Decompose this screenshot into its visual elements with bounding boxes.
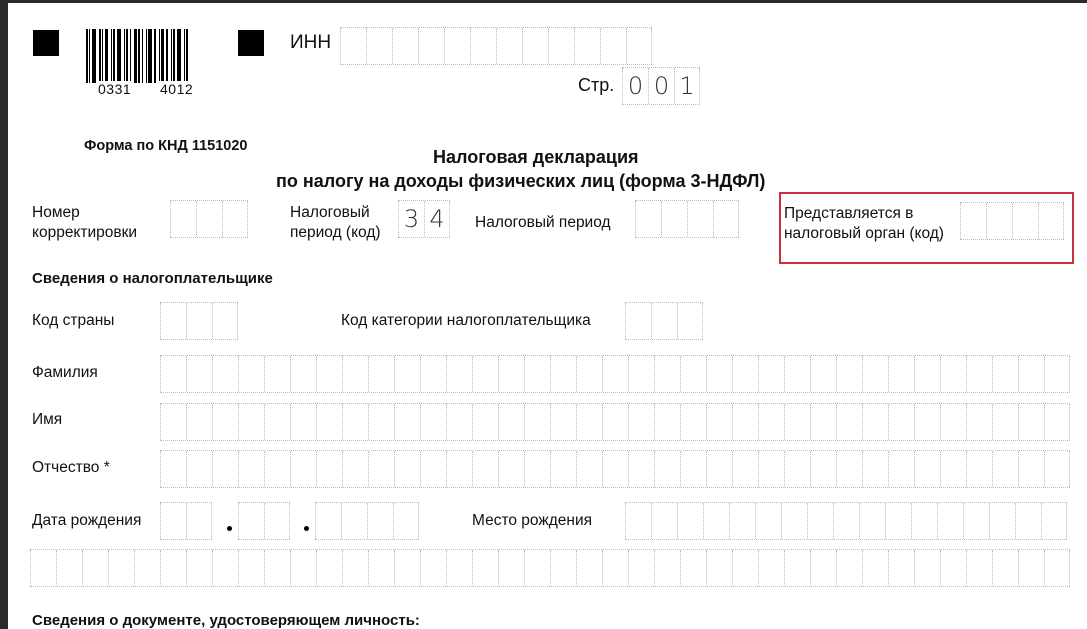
input-cell[interactable] (472, 451, 498, 487)
input-cell[interactable] (706, 451, 732, 487)
input-cell[interactable] (238, 404, 264, 440)
input-cell[interactable] (368, 550, 394, 586)
input-cell[interactable] (680, 356, 706, 392)
input-cell[interactable] (758, 356, 784, 392)
input-cell[interactable] (368, 451, 394, 487)
input-cell[interactable] (654, 356, 680, 392)
input-cell[interactable]: 4 (424, 201, 450, 237)
barcode-bar (102, 29, 103, 83)
input-cell[interactable] (992, 550, 1018, 586)
form-page: 0331 4012 ИНН Стр. 001 Форма по КНД 1151… (8, 3, 1087, 629)
input-cell[interactable]: 1 (674, 68, 700, 104)
input-cell[interactable] (810, 550, 836, 586)
barcode-bar (166, 29, 168, 83)
input-cell[interactable] (836, 451, 862, 487)
input-cell[interactable] (914, 404, 940, 440)
input-cell[interactable] (394, 404, 420, 440)
barcode-bar (184, 29, 185, 83)
input-cell[interactable] (687, 201, 713, 237)
input-cell[interactable] (940, 451, 966, 487)
input-cell[interactable] (1012, 203, 1038, 239)
input-cell[interactable] (290, 356, 316, 392)
input-cell[interactable] (264, 550, 290, 586)
input-cell[interactable] (196, 201, 222, 237)
input-cell[interactable] (393, 503, 419, 539)
input-cell[interactable] (914, 356, 940, 392)
barcode-bar (117, 29, 121, 83)
input-cell[interactable] (550, 550, 576, 586)
input-cell[interactable] (755, 503, 781, 539)
date-separator-dot (304, 526, 309, 531)
input-cell[interactable] (186, 451, 212, 487)
input-cell[interactable] (966, 550, 992, 586)
input-cell[interactable] (888, 550, 914, 586)
input-cell[interactable] (888, 404, 914, 440)
input-cell[interactable] (758, 550, 784, 586)
input-cell[interactable] (625, 303, 651, 339)
correction-number-input[interactable] (170, 200, 248, 238)
input-cell[interactable] (160, 451, 186, 487)
input-cell[interactable] (729, 503, 755, 539)
barcode-bar (186, 29, 188, 83)
surname-input[interactable] (160, 355, 1070, 393)
input-cell[interactable] (989, 503, 1015, 539)
input-cell[interactable] (472, 356, 498, 392)
input-cell[interactable] (548, 28, 574, 64)
date-separator-dot (227, 526, 232, 531)
input-cell[interactable] (316, 550, 342, 586)
input-cell[interactable] (1044, 356, 1070, 392)
input-cell[interactable] (186, 303, 212, 339)
input-cell[interactable] (160, 356, 186, 392)
barcode-bar (134, 29, 137, 83)
input-cell[interactable] (238, 503, 264, 539)
input-cell[interactable] (420, 356, 446, 392)
patronymic-input[interactable] (160, 450, 1070, 488)
input-cell[interactable] (170, 201, 196, 237)
input-cell[interactable] (862, 404, 888, 440)
barcode-bar (142, 29, 143, 83)
input-cell[interactable] (654, 550, 680, 586)
input-cell[interactable] (1044, 550, 1070, 586)
input-cell[interactable] (212, 303, 238, 339)
birth-place-input-line2[interactable] (30, 549, 1070, 587)
input-cell[interactable] (602, 404, 628, 440)
input-cell[interactable] (82, 550, 108, 586)
input-cell[interactable] (602, 356, 628, 392)
input-cell[interactable] (368, 356, 394, 392)
input-cell[interactable] (680, 550, 706, 586)
input-cell[interactable] (524, 356, 550, 392)
correction-number-label-2: корректировки (32, 223, 137, 243)
birth-date-label: Дата рождения (32, 511, 141, 531)
category-code-label: Код категории налогоплательщика (341, 311, 591, 331)
input-cell[interactable] (368, 404, 394, 440)
input-cell[interactable] (290, 404, 316, 440)
input-cell[interactable] (1018, 451, 1044, 487)
input-cell[interactable] (186, 404, 212, 440)
input-cell[interactable] (911, 503, 937, 539)
input-cell[interactable] (732, 356, 758, 392)
input-cell[interactable] (498, 356, 524, 392)
input-cell[interactable] (628, 451, 654, 487)
input-cell[interactable] (444, 28, 470, 64)
input-cell[interactable] (1018, 404, 1044, 440)
inn-input[interactable] (340, 27, 652, 65)
input-cell[interactable] (576, 550, 602, 586)
input-cell[interactable] (524, 404, 550, 440)
input-cell[interactable] (654, 404, 680, 440)
input-cell[interactable] (420, 550, 446, 586)
birth-month-input[interactable] (238, 502, 290, 540)
input-cell[interactable] (472, 404, 498, 440)
input-cell[interactable] (1044, 451, 1070, 487)
input-cell[interactable] (966, 404, 992, 440)
input-cell[interactable] (888, 451, 914, 487)
input-cell[interactable] (732, 404, 758, 440)
input-cell[interactable] (470, 28, 496, 64)
input-cell[interactable] (966, 451, 992, 487)
input-cell[interactable] (784, 550, 810, 586)
input-cell[interactable] (394, 550, 420, 586)
input-cell[interactable] (420, 451, 446, 487)
input-cell[interactable]: 3 (398, 201, 424, 237)
input-cell[interactable]: 0 (622, 68, 648, 104)
input-cell[interactable] (1038, 203, 1064, 239)
input-cell[interactable] (859, 503, 885, 539)
barcode-bar (138, 29, 140, 83)
tax-authority-label-1: Представляется в (784, 204, 913, 224)
barcode-bar (173, 29, 175, 83)
input-cell[interactable] (836, 356, 862, 392)
input-cell[interactable] (680, 404, 706, 440)
input-cell[interactable] (446, 404, 472, 440)
patronymic-label: Отчество * (32, 458, 110, 478)
input-cell[interactable] (576, 356, 602, 392)
category-code-input[interactable] (625, 302, 703, 340)
marker-square-left (33, 30, 59, 56)
input-cell[interactable] (836, 550, 862, 586)
input-cell[interactable] (625, 503, 651, 539)
input-cell[interactable] (524, 550, 550, 586)
input-cell[interactable] (836, 404, 862, 440)
input-cell[interactable] (635, 201, 661, 237)
name-input[interactable] (160, 403, 1070, 441)
input-cell[interactable] (1015, 503, 1041, 539)
input-cell[interactable] (446, 356, 472, 392)
tax-period-code-input[interactable]: 34 (398, 200, 450, 238)
input-cell[interactable] (960, 203, 986, 239)
input-cell[interactable]: 0 (648, 68, 674, 104)
barcode-bar (171, 29, 172, 83)
input-cell[interactable] (810, 451, 836, 487)
input-cell[interactable] (160, 503, 186, 539)
country-code-label: Код страны (32, 311, 114, 331)
input-cell[interactable] (862, 451, 888, 487)
input-cell[interactable] (677, 503, 703, 539)
input-cell[interactable] (781, 503, 807, 539)
input-cell[interactable] (654, 451, 680, 487)
input-cell[interactable] (496, 28, 522, 64)
input-cell[interactable] (703, 503, 729, 539)
input-cell[interactable] (340, 28, 366, 64)
input-cell[interactable] (992, 404, 1018, 440)
input-cell[interactable] (524, 451, 550, 487)
input-cell[interactable] (810, 356, 836, 392)
input-cell[interactable] (472, 550, 498, 586)
barcode-bar (177, 29, 181, 83)
input-cell[interactable] (315, 503, 341, 539)
input-cell[interactable] (394, 356, 420, 392)
input-cell[interactable] (420, 404, 446, 440)
barcode-bar (89, 29, 90, 83)
input-cell[interactable] (418, 28, 444, 64)
input-cell[interactable] (498, 404, 524, 440)
barcode-bar (159, 29, 160, 83)
tax-authority-label-2: налоговый орган (код) (784, 224, 944, 244)
country-code-input[interactable] (160, 302, 238, 340)
input-cell[interactable] (316, 451, 342, 487)
input-cell[interactable] (574, 28, 600, 64)
inn-label: ИНН (290, 33, 331, 53)
input-cell[interactable] (914, 451, 940, 487)
input-cell[interactable] (264, 404, 290, 440)
taxpayer-section-title: Сведения о налогоплательщике (32, 269, 273, 289)
input-cell[interactable] (264, 356, 290, 392)
input-cell[interactable] (576, 451, 602, 487)
input-cell[interactable] (651, 503, 677, 539)
input-cell[interactable] (212, 356, 238, 392)
name-label: Имя (32, 410, 62, 430)
title-line1: Налоговая декларация (433, 147, 639, 167)
input-cell[interactable] (992, 451, 1018, 487)
input-cell[interactable] (862, 550, 888, 586)
input-cell[interactable] (30, 550, 56, 586)
input-cell[interactable] (212, 404, 238, 440)
input-cell[interactable] (680, 451, 706, 487)
birth-place-label: Место рождения (472, 511, 592, 531)
input-cell[interactable] (238, 550, 264, 586)
document-section-title: Сведения о документе, удостоверяющем лич… (32, 611, 420, 629)
input-cell[interactable] (186, 550, 212, 586)
title-line2: по налогу на доходы физических лиц (форм… (276, 171, 765, 191)
input-cell[interactable] (966, 356, 992, 392)
input-cell[interactable] (602, 451, 628, 487)
input-cell[interactable] (392, 28, 418, 64)
input-cell[interactable] (986, 203, 1012, 239)
input-cell[interactable] (677, 303, 703, 339)
input-cell[interactable] (940, 356, 966, 392)
input-cell[interactable] (550, 404, 576, 440)
input-cell[interactable] (367, 503, 393, 539)
input-cell[interactable] (628, 550, 654, 586)
input-cell[interactable] (186, 503, 212, 539)
input-cell[interactable] (807, 503, 833, 539)
barcode: 0331 4012 (86, 29, 224, 85)
input-cell[interactable] (600, 28, 626, 64)
input-cell[interactable] (1044, 404, 1070, 440)
birth-year-input[interactable] (315, 502, 419, 540)
input-cell[interactable] (732, 451, 758, 487)
marker-square-right (238, 30, 264, 56)
barcode-bar (146, 29, 147, 83)
input-cell[interactable] (940, 404, 966, 440)
input-cell[interactable] (784, 356, 810, 392)
input-cell[interactable] (160, 303, 186, 339)
input-cell[interactable] (651, 303, 677, 339)
barcode-bars (86, 29, 224, 85)
input-cell[interactable] (238, 451, 264, 487)
barcode-bar (99, 29, 101, 83)
input-cell[interactable] (810, 404, 836, 440)
input-cell[interactable] (342, 356, 368, 392)
input-cell[interactable] (706, 550, 732, 586)
input-cell[interactable] (160, 550, 186, 586)
input-cell[interactable] (56, 550, 82, 586)
barcode-bar (105, 29, 108, 83)
input-cell[interactable] (833, 503, 859, 539)
input-cell[interactable] (366, 28, 392, 64)
input-cell[interactable] (732, 550, 758, 586)
input-cell[interactable] (264, 451, 290, 487)
barcode-right-digits: 4012 (158, 81, 195, 97)
input-cell[interactable] (758, 404, 784, 440)
barcode-bar (148, 29, 152, 83)
input-cell[interactable] (316, 404, 342, 440)
input-cell[interactable] (341, 503, 367, 539)
input-cell[interactable] (1041, 503, 1067, 539)
input-cell[interactable] (628, 356, 654, 392)
input-cell[interactable] (316, 356, 342, 392)
input-cell[interactable] (550, 451, 576, 487)
barcode-bar (124, 29, 125, 83)
input-cell[interactable] (940, 550, 966, 586)
input-cell[interactable] (706, 356, 732, 392)
input-cell[interactable] (264, 503, 290, 539)
birth-place-input[interactable] (625, 502, 1067, 540)
tax-period-input[interactable] (635, 200, 739, 238)
page-number-field: 001 (622, 67, 700, 105)
input-cell[interactable] (963, 503, 989, 539)
input-cell[interactable] (290, 451, 316, 487)
input-cell[interactable] (342, 404, 368, 440)
input-cell[interactable] (342, 451, 368, 487)
input-cell[interactable] (550, 356, 576, 392)
input-cell[interactable] (446, 550, 472, 586)
form-code: Форма по КНД 1151020 (84, 136, 248, 156)
input-cell[interactable] (576, 404, 602, 440)
input-cell[interactable] (134, 550, 160, 586)
input-cell[interactable] (713, 201, 739, 237)
input-cell[interactable] (914, 550, 940, 586)
tax-period-code-label-1: Налоговый (290, 203, 370, 223)
correction-number-label-1: Номер (32, 203, 80, 223)
input-cell[interactable] (186, 356, 212, 392)
barcode-bar (130, 29, 131, 83)
input-cell[interactable] (160, 404, 186, 440)
input-cell[interactable] (626, 28, 652, 64)
input-cell[interactable] (758, 451, 784, 487)
input-cell[interactable] (212, 451, 238, 487)
tax-period-code-label-2: период (код) (290, 223, 381, 243)
barcode-bar (92, 29, 96, 83)
input-cell[interactable] (784, 451, 810, 487)
input-cell[interactable] (602, 550, 628, 586)
input-cell[interactable] (498, 451, 524, 487)
barcode-left-digits: 0331 (96, 81, 133, 97)
input-cell[interactable] (212, 550, 238, 586)
birth-day-input[interactable] (160, 502, 212, 540)
surname-label: Фамилия (32, 363, 98, 383)
input-cell[interactable] (885, 503, 911, 539)
input-cell[interactable] (628, 404, 654, 440)
tax-authority-code-input[interactable] (960, 202, 1064, 240)
barcode-bar (154, 29, 156, 83)
input-cell[interactable] (446, 451, 472, 487)
input-cell[interactable] (222, 201, 248, 237)
barcode-bar (111, 29, 112, 83)
input-cell[interactable] (661, 201, 687, 237)
input-cell[interactable] (937, 503, 963, 539)
input-cell[interactable] (888, 356, 914, 392)
barcode-bar (161, 29, 164, 83)
input-cell[interactable] (862, 356, 888, 392)
barcode-bar (113, 29, 115, 83)
input-cell[interactable] (290, 550, 316, 586)
input-cell[interactable] (1018, 550, 1044, 586)
input-cell[interactable] (706, 404, 732, 440)
input-cell[interactable] (1018, 356, 1044, 392)
input-cell[interactable] (108, 550, 134, 586)
barcode-bar (86, 29, 88, 83)
input-cell[interactable] (342, 550, 368, 586)
tax-period-label: Налоговый период (475, 213, 611, 233)
input-cell[interactable] (992, 356, 1018, 392)
input-cell[interactable] (522, 28, 548, 64)
input-cell[interactable] (498, 550, 524, 586)
input-cell[interactable] (394, 451, 420, 487)
barcode-bar (126, 29, 128, 83)
page-label: Стр. (578, 75, 614, 95)
input-cell[interactable] (238, 356, 264, 392)
input-cell[interactable] (784, 404, 810, 440)
